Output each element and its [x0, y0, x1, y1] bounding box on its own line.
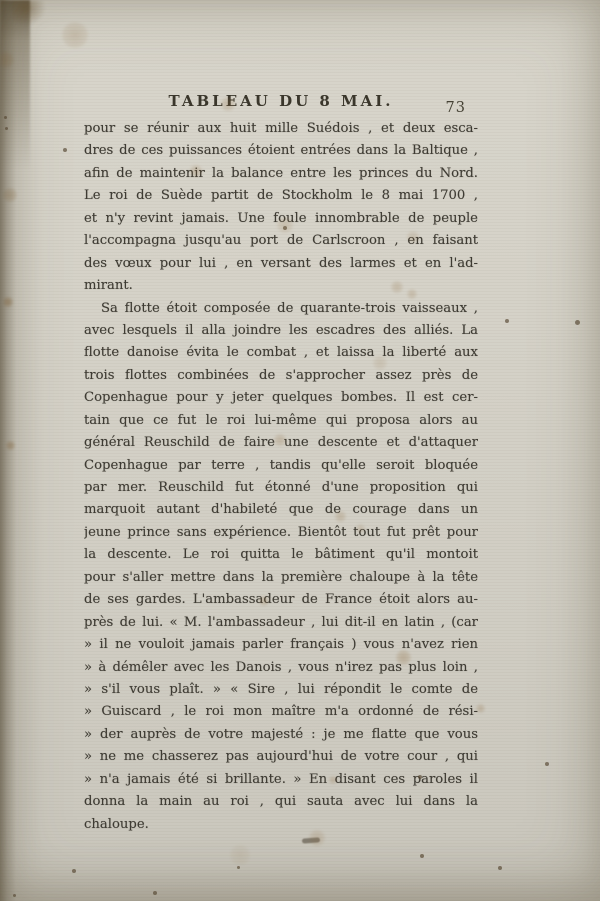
page-left-edge-dark-top [0, 0, 30, 170]
text-line: tain que ce fut le roi lui-même qui prop… [84, 410, 478, 432]
foxing-speck [575, 320, 580, 325]
text-line: » n'a jamais été si brillante. » En disa… [84, 769, 478, 791]
text-line: flotte danoise évita le combat , et lais… [84, 342, 478, 364]
text-line: Copenhague par terre , tandis qu'elle se… [84, 455, 478, 477]
foxing-speck [545, 762, 549, 766]
text-line: marquoit autant d'habileté que de courag… [84, 499, 478, 521]
foxing-blot [3, 297, 13, 307]
text-line: avec lesquels il alla joindre les escadr… [84, 320, 478, 342]
text-line: près de lui. « M. l'ambassadeur , lui di… [84, 612, 478, 634]
foxing-speck [420, 854, 424, 858]
page-number: 73 [446, 100, 466, 116]
text-line: » à démêler avec les Danois , vous n'ire… [84, 657, 478, 679]
text-line: pour se réunir aux huit mille Suédois , … [84, 118, 478, 140]
running-title: TABLEAU DU 8 MAI. [84, 92, 478, 110]
text-line: chaloupe. [84, 814, 478, 836]
text-line: jeune prince sans expérience. Bientôt to… [84, 522, 478, 544]
text-line: Copenhague pour y jeter quelques bombes.… [84, 387, 478, 409]
text-line: Le roi de Suède partit de Stockholm le 8… [84, 185, 478, 207]
text-line: trois flottes combinées de s'approcher a… [84, 365, 478, 387]
foxing-speck [5, 127, 8, 130]
text-line: général Reuschild de faire une descente … [84, 432, 478, 454]
text-line: » il ne vouloit jamais parler français )… [84, 634, 478, 656]
text-line: la descente. Le roi quitta le bâtiment q… [84, 544, 478, 566]
foxing-blot [230, 845, 250, 865]
foxing-speck [72, 869, 76, 873]
book-page: TABLEAU DU 8 MAI. 73 pour se réunir aux … [0, 0, 600, 901]
text-line: l'accompagna jusqu'au port de Carlscroon… [84, 230, 478, 252]
text-line: » s'il vous plaît. » « Sire , lui répond… [84, 679, 478, 701]
foxing-blot [0, 52, 14, 68]
foxing-speck [237, 866, 240, 869]
ink-smudge [302, 837, 320, 843]
foxing-blot [6, 441, 15, 450]
foxing-speck [13, 894, 16, 897]
text-line: dres de ces puissances étoient entrées d… [84, 140, 478, 162]
text-line: » Guiscard , le roi mon maître m'a ordon… [84, 701, 478, 723]
top-left-smudge [12, 0, 46, 26]
foxing-speck [498, 866, 502, 870]
foxing-blot [3, 188, 17, 202]
text-line: de ses gardes. L'ambassadeur de France é… [84, 589, 478, 611]
text-block: pour se réunir aux huit mille Suédois , … [84, 118, 478, 838]
text-line: » der auprès de votre majesté : je me fl… [84, 724, 478, 746]
foxing-speck [505, 319, 509, 323]
text-line: afin de maintenir la balance entre les p… [84, 163, 478, 185]
text-line: des vœux pour lui , en versant des larme… [84, 253, 478, 275]
text-line: donna la main au roi , qui sauta avec lu… [84, 791, 478, 813]
text-line: Sa flotte étoit composée de quarante-tro… [84, 298, 478, 320]
text-line: mirant. [84, 275, 478, 297]
text-line: et n'y revint jamais. Une foule innombra… [84, 208, 478, 230]
text-line: » ne me chasserez pas aujourd'hui de vot… [84, 746, 478, 768]
foxing-speck [4, 116, 7, 119]
foxing-speck [63, 148, 67, 152]
page-left-edge-shadow [0, 0, 16, 901]
text-line: pour s'aller mettre dans la première cha… [84, 567, 478, 589]
foxing-blot [62, 22, 88, 48]
page-header: TABLEAU DU 8 MAI. 73 [84, 92, 478, 114]
text-line: par mer. Reuschild fut étonné d'une prop… [84, 477, 478, 499]
foxing-speck [153, 891, 157, 895]
